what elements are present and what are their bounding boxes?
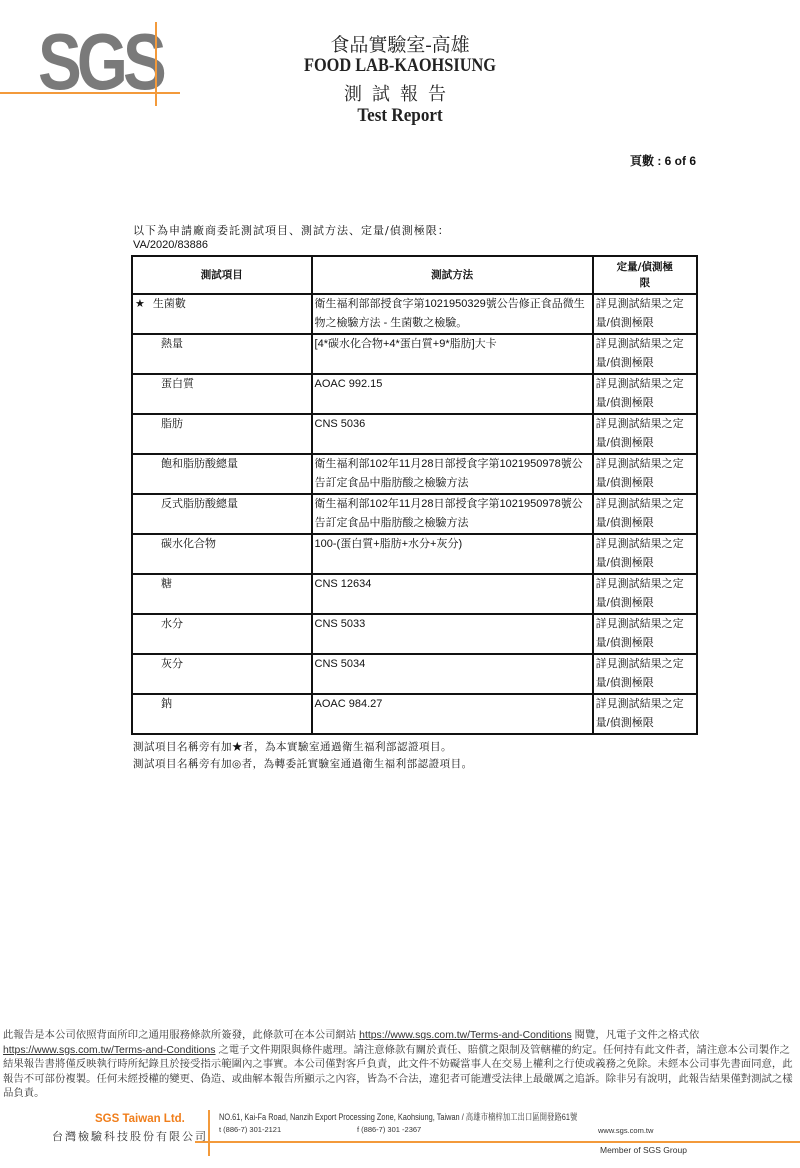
test-item-cell: 碳水化合物	[132, 534, 312, 574]
test-item-cell: 水分	[132, 614, 312, 654]
test-method-cell: CNS 5036	[312, 414, 593, 454]
table-row: 熱量 [4*碳水化合物+4*蛋白質+9*脂肪]大卡 詳見測試結果之定量/偵測極限	[132, 334, 697, 374]
header-test-method: 測試方法	[312, 256, 593, 294]
test-method-cell: CNS 5033	[312, 614, 593, 654]
test-item-name: 生菌數	[153, 298, 186, 310]
table-row: 碳水化合物 100-(蛋白質+脂肪+水分+灰分) 詳見測試結果之定量/偵測極限	[132, 534, 697, 574]
detection-limit-cell: 詳見測試結果之定量/偵測極限	[593, 574, 697, 614]
test-method-cell: 衛生福利部102年11月28日部授食字第1021950978號公告訂定食品中脂肪…	[312, 454, 593, 494]
table-row: 灰分 CNS 5034 詳見測試結果之定量/偵測極限	[132, 654, 697, 694]
table-row: 鈉 AOAC 984.27 詳見測試結果之定量/偵測極限	[132, 694, 697, 734]
header-detection-limit-label: 定量/偵測極限	[615, 259, 675, 291]
table-row: 水分 CNS 5033 詳見測試結果之定量/偵測極限	[132, 614, 697, 654]
detection-limit-cell: 詳見測試結果之定量/偵測極限	[593, 694, 697, 734]
detection-limit-cell: 詳見測試結果之定量/偵測極限	[593, 334, 697, 374]
page-number: 頁數 : 6 of 6	[630, 152, 696, 169]
company-name-cn: 台灣檢驗科技股份有限公司	[52, 1128, 208, 1144]
report-title-cn: 測試報告	[0, 80, 800, 106]
terms-link[interactable]: https://www.sgs.com.tw/Terms-and-Conditi…	[359, 1030, 572, 1041]
lab-name-cn: 食品實驗室-高雄	[0, 30, 800, 57]
test-method-cell: 衛生福利部102年11月28日部授食字第1021950978號公告訂定食品中脂肪…	[312, 494, 593, 534]
report-title-en: Test Report	[40, 105, 760, 127]
table-row: ★生菌數 衛生福利部部授食字第1021950329號公告修正食品微生物之檢驗方法…	[132, 294, 697, 334]
test-method-cell: CNS 5034	[312, 654, 593, 694]
note-star: 測試項目名稱旁有加★者，為本實驗室通過衛生福利部認證項目。	[133, 739, 473, 756]
disclaimer-text: 此報告是本公司依照背面所印之通用服務條款所簽發，此條款可在本公司網站	[3, 1030, 356, 1041]
legend-notes: 測試項目名稱旁有加★者，為本實驗室通過衛生福利部認證項目。 測試項目名稱旁有加◎…	[133, 739, 473, 773]
detection-limit-cell: 詳見測試結果之定量/偵測極限	[593, 654, 697, 694]
test-method-cell: 衛生福利部部授食字第1021950329號公告修正食品微生物之檢驗方法 - 生菌…	[312, 294, 593, 334]
company-address: NO.61, Kai-Fa Road, Nanzih Export Proces…	[219, 1110, 577, 1123]
header-test-item: 測試項目	[132, 256, 312, 294]
test-item-cell: 反式脂肪酸總量	[132, 494, 312, 534]
test-items-table: 測試項目 測試方法 定量/偵測極限 ★生菌數 衛生福利部部授食字第1021950…	[131, 255, 698, 735]
note-double-circle: 測試項目名稱旁有加◎者，為轉委託實驗室通過衛生福利部認證項目。	[133, 756, 473, 773]
detection-limit-cell: 詳見測試結果之定量/偵測極限	[593, 294, 697, 334]
test-item-cell: 鈉	[132, 694, 312, 734]
detection-limit-cell: 詳見測試結果之定量/偵測極限	[593, 494, 697, 534]
test-method-cell: [4*碳水化合物+4*蛋白質+9*脂肪]大卡	[312, 334, 593, 374]
terms-link[interactable]: https://www.sgs.com.tw/Terms-and-Conditi…	[3, 1045, 216, 1056]
member-of-group: Member of SGS Group	[600, 1145, 687, 1155]
company-name-en: SGS Taiwan Ltd.	[95, 1113, 185, 1125]
test-item-cell: 糖	[132, 574, 312, 614]
test-item-cell: 灰分	[132, 654, 312, 694]
table-row: 飽和脂肪酸總量 衛生福利部102年11月28日部授食字第1021950978號公…	[132, 454, 697, 494]
footer-vertical-rule	[208, 1110, 210, 1156]
company-website[interactable]: www.sgs.com.tw	[598, 1126, 653, 1135]
detection-limit-cell: 詳見測試結果之定量/偵測極限	[593, 374, 697, 414]
test-item-cell: 熱量	[132, 334, 312, 374]
table-row: 脂肪 CNS 5036 詳見測試結果之定量/偵測極限	[132, 414, 697, 454]
table-row: 糖 CNS 12634 詳見測試結果之定量/偵測極限	[132, 574, 697, 614]
test-item-cell: ★生菌數	[132, 294, 312, 334]
table-row: 反式脂肪酸總量 衛生福利部102年11月28日部授食字第1021950978號公…	[132, 494, 697, 534]
header-detection-limit: 定量/偵測極限	[593, 256, 697, 294]
test-method-cell: CNS 12634	[312, 574, 593, 614]
test-item-cell: 飽和脂肪酸總量	[132, 454, 312, 494]
company-telephone: t (886-7) 301-2121	[219, 1125, 281, 1134]
test-method-cell: AOAC 984.27	[312, 694, 593, 734]
detection-limit-cell: 詳見測試結果之定量/偵測極限	[593, 454, 697, 494]
disclaimer: 此報告是本公司依照背面所印之通用服務條款所簽發，此條款可在本公司網站 https…	[3, 1029, 797, 1102]
star-icon: ★	[135, 298, 145, 310]
detection-limit-cell: 詳見測試結果之定量/偵測極限	[593, 614, 697, 654]
disclaimer-text: 閱覽，凡電子文件之格式依	[575, 1030, 700, 1041]
detection-limit-cell: 詳見測試結果之定量/偵測極限	[593, 534, 697, 574]
test-item-cell: 脂肪	[132, 414, 312, 454]
detection-limit-cell: 詳見測試結果之定量/偵測極限	[593, 414, 697, 454]
test-method-cell: 100-(蛋白質+脂肪+水分+灰分)	[312, 534, 593, 574]
lab-name-en: FOOD LAB-KAOHSIUNG	[56, 55, 744, 77]
test-method-cell: AOAC 992.15	[312, 374, 593, 414]
company-fax: f (886-7) 301 -2367	[357, 1125, 421, 1134]
table-row: 蛋白質 AOAC 992.15 詳見測試結果之定量/偵測極限	[132, 374, 697, 414]
test-item-cell: 蛋白質	[132, 374, 312, 414]
footer-horizontal-rule	[195, 1141, 800, 1143]
table-header-row: 測試項目 測試方法 定量/偵測極限	[132, 256, 697, 294]
intro-text: 以下為申請廠商委託測試項目、測試方法、定量/偵測極限：	[133, 222, 450, 238]
report-number: VA/2020/83886	[133, 239, 208, 251]
